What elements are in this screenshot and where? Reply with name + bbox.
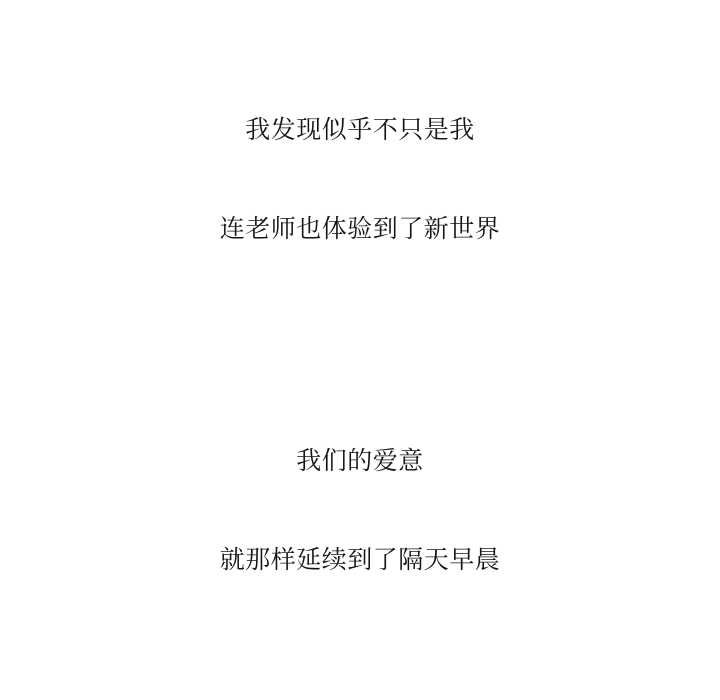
caption-line: 我发现似乎不只是我 bbox=[0, 114, 720, 147]
caption-line: 我们的爱意 bbox=[0, 445, 720, 478]
narration-caption-top: 我发现似乎不只是我 连老师也体验到了新世界 bbox=[0, 48, 720, 312]
comic-page: 我发现似乎不只是我 连老师也体验到了新世界 我们的爱意 就那样延续到了隔天早晨 bbox=[0, 0, 720, 700]
narration-caption-middle: 我们的爱意 就那样延续到了隔天早晨 bbox=[0, 379, 720, 643]
caption-line: 连老师也体验到了新世界 bbox=[0, 213, 720, 246]
caption-line: 就那样延续到了隔天早晨 bbox=[0, 544, 720, 577]
